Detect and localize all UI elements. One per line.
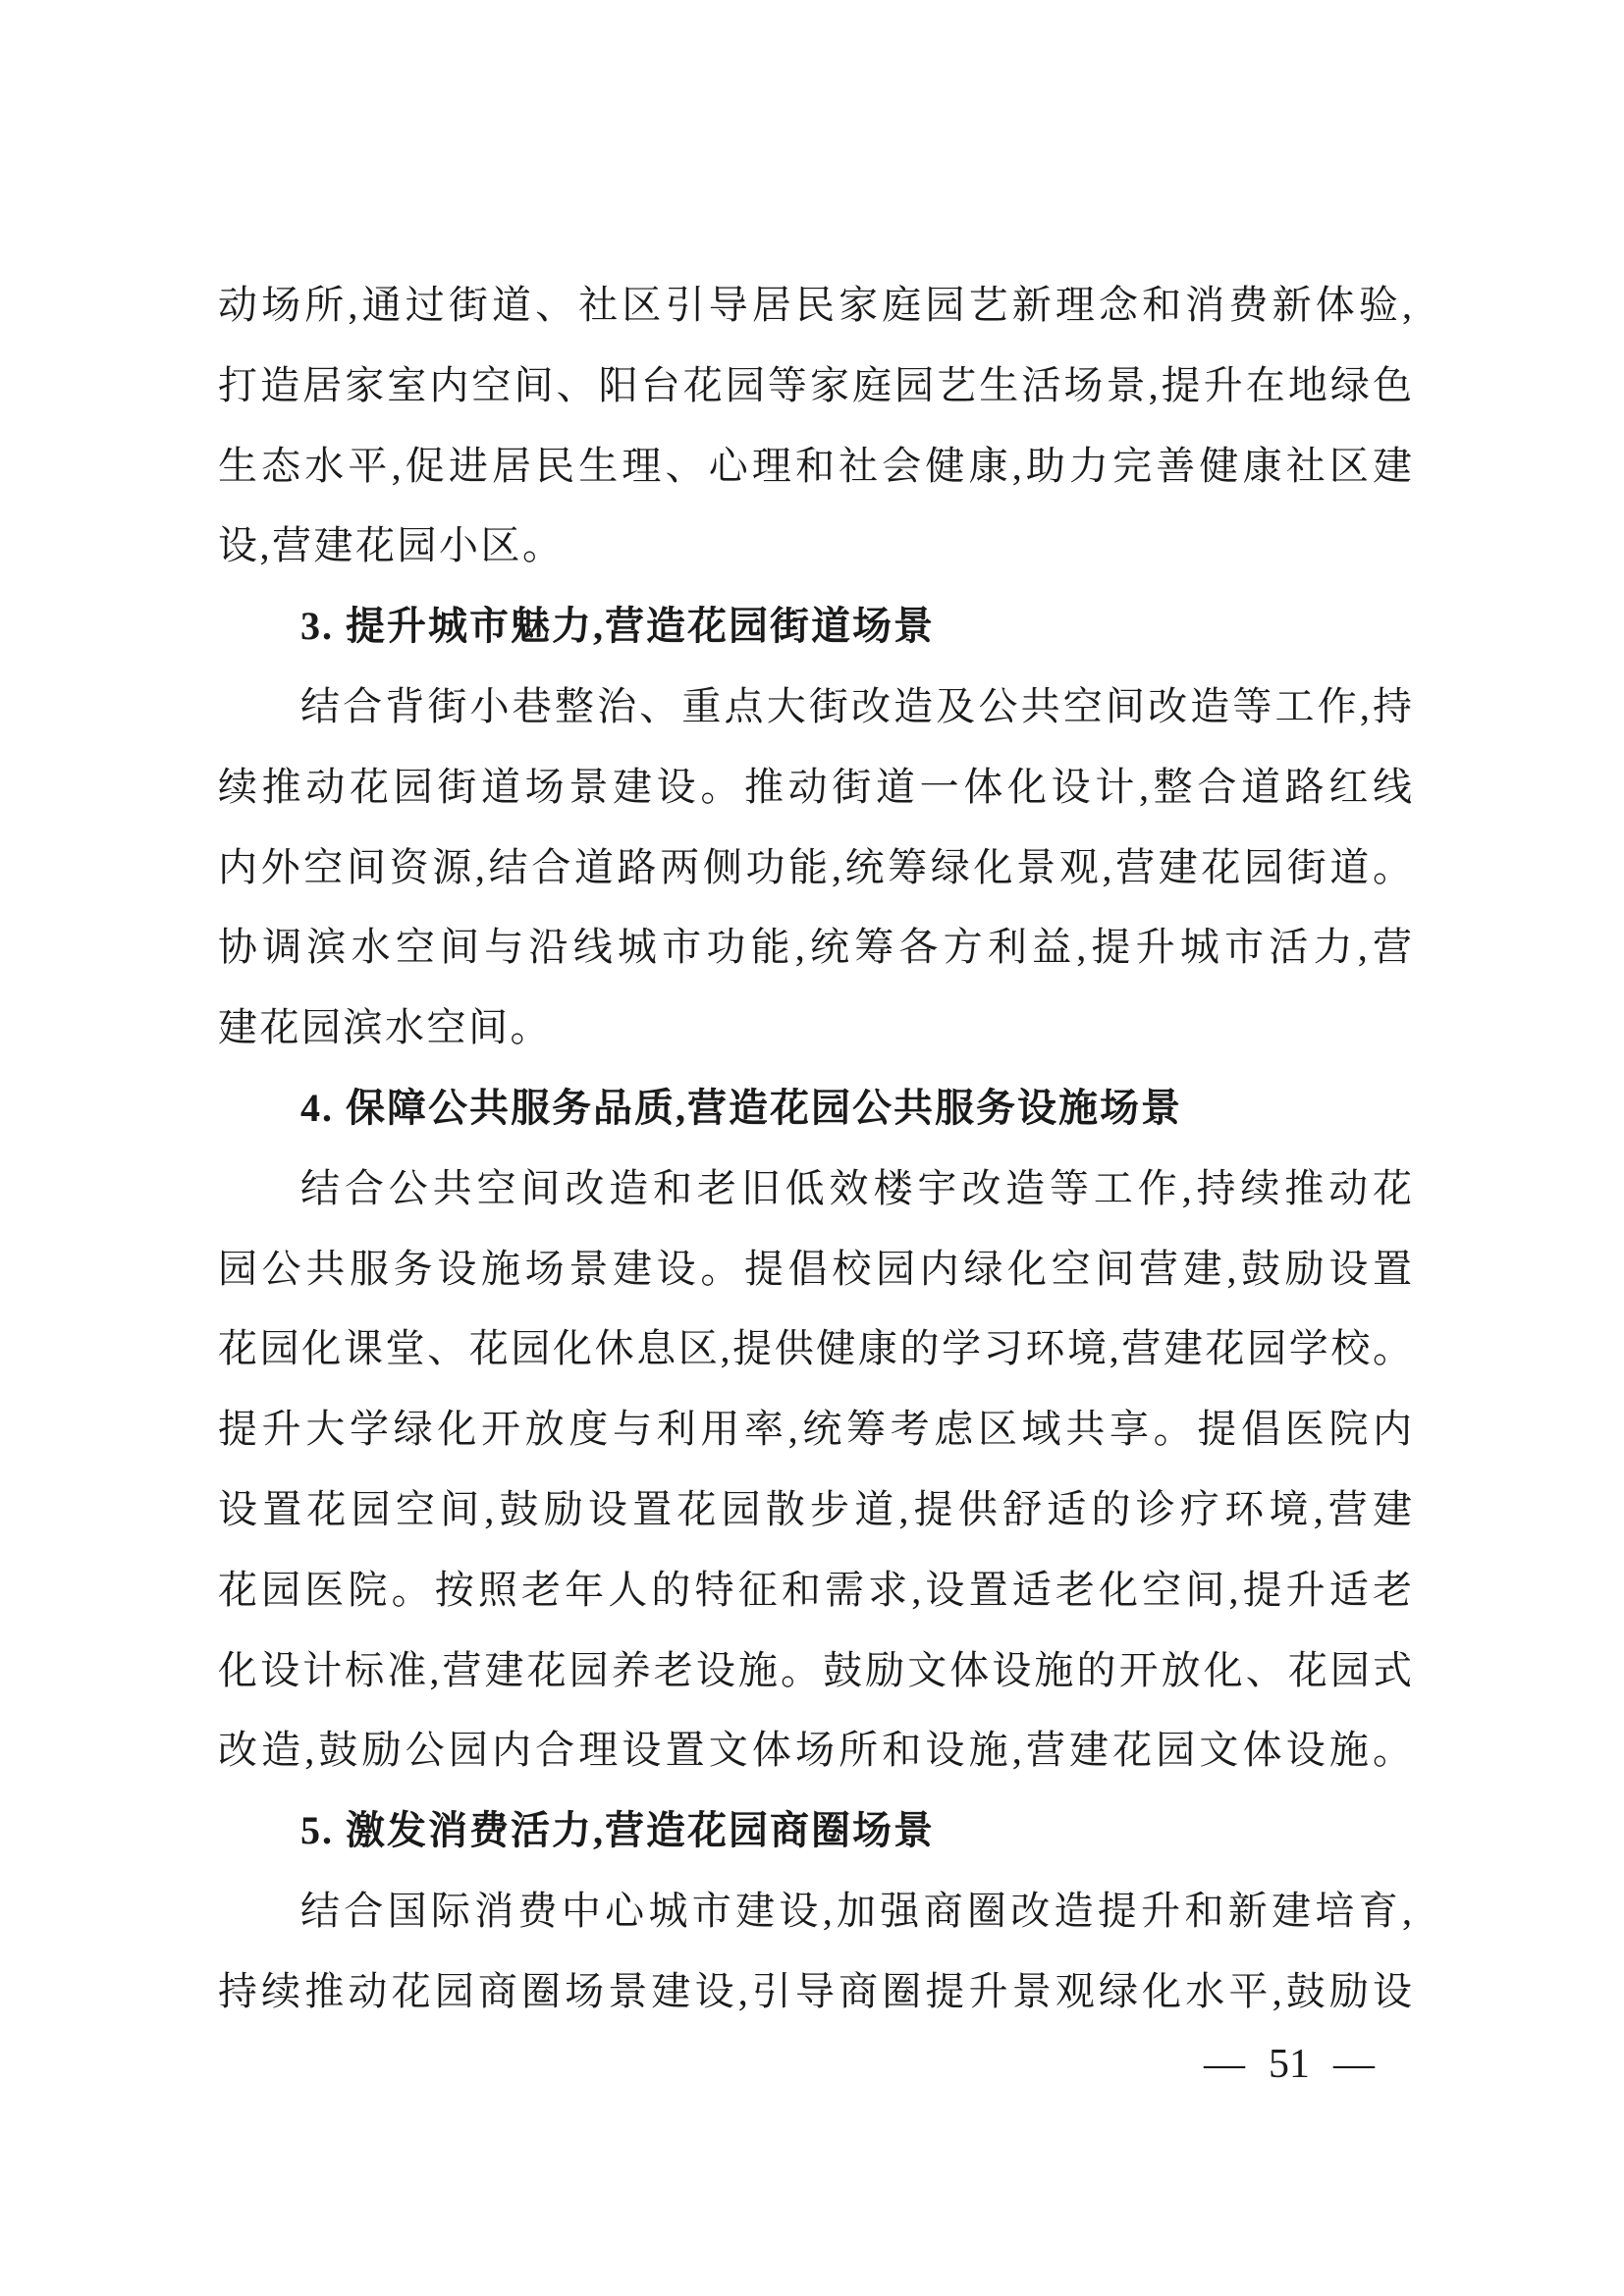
text-line: 设置花园空间,鼓励设置花园散步道,提供舒适的诊疗环境,营建 (218, 1469, 1412, 1550)
text-line: 生态水平,促进居民生理、心理和社会健康,助力完善健康社区建 (218, 426, 1412, 507)
page-footer: — 51 — (1204, 2040, 1375, 2089)
text-line: 设,营建花园小区。 (218, 506, 1412, 586)
text-line: 续推动花园街道场景建设。推动街道一体化设计,整合道路红线 (218, 747, 1412, 828)
text-line: 协调滨水空间与沿线城市功能,统筹各方利益,提升城市活力,营 (218, 907, 1412, 988)
section-heading: 4. 保障公共服务品质,营造花园公共服务设施场景 (218, 1068, 1412, 1148)
text-line: 建花园滨水空间。 (218, 988, 1412, 1068)
text-line: 持续推动花园商圈场景建设,引导商圈提升景观绿化水平,鼓励设 (218, 1951, 1412, 2032)
text-line: 化设计标准,营建花园养老设施。鼓励文体设施的开放化、花园式 (218, 1630, 1412, 1711)
text-line: 园公共服务设施场景建设。提倡校园内绿化空间营建,鼓励设置 (218, 1229, 1412, 1309)
footer-dash-right: — (1333, 2040, 1375, 2089)
document-content: 动场所,通过街道、社区引导居民家庭园艺新理念和消费新体验,打造居家室内空间、阳台… (218, 265, 1412, 2032)
text-line: 花园医院。按照老年人的特征和需求,设置适老化空间,提升适老 (218, 1550, 1412, 1630)
text-line: 动场所,通过街道、社区引导居民家庭园艺新理念和消费新体验, (218, 265, 1412, 346)
section-heading: 5. 激发消费活力,营造花园商圈场景 (218, 1790, 1412, 1871)
footer-dash-left: — (1204, 2040, 1245, 2089)
section-heading: 3. 提升城市魅力,营造花园街道场景 (218, 586, 1412, 667)
text-line: 提升大学绿化开放度与利用率,统筹考虑区域共享。提倡医院内 (218, 1389, 1412, 1469)
text-line: 结合背街小巷整治、重点大街改造及公共空间改造等工作,持 (218, 667, 1412, 747)
text-line: 结合公共空间改造和老旧低效楼宇改造等工作,持续推动花 (218, 1148, 1412, 1229)
text-line: 改造,鼓励公园内合理设置文体场所和设施,营建花园文体设施。 (218, 1710, 1412, 1790)
footer-page-number: 51 (1269, 2040, 1310, 2089)
text-line: 内外空间资源,结合道路两侧功能,统筹绿化景观,营建花园街道。 (218, 828, 1412, 908)
text-line: 结合国际消费中心城市建设,加强商圈改造提升和新建培育, (218, 1871, 1412, 1951)
document-page: 动场所,通过街道、社区引导居民家庭园艺新理念和消费新体验,打造居家室内空间、阳台… (0, 0, 1624, 2296)
text-line: 花园化课堂、花园化休息区,提供健康的学习环境,营建花园学校。 (218, 1308, 1412, 1389)
text-line: 打造居家室内空间、阳台花园等家庭园艺生活场景,提升在地绿色 (218, 346, 1412, 426)
